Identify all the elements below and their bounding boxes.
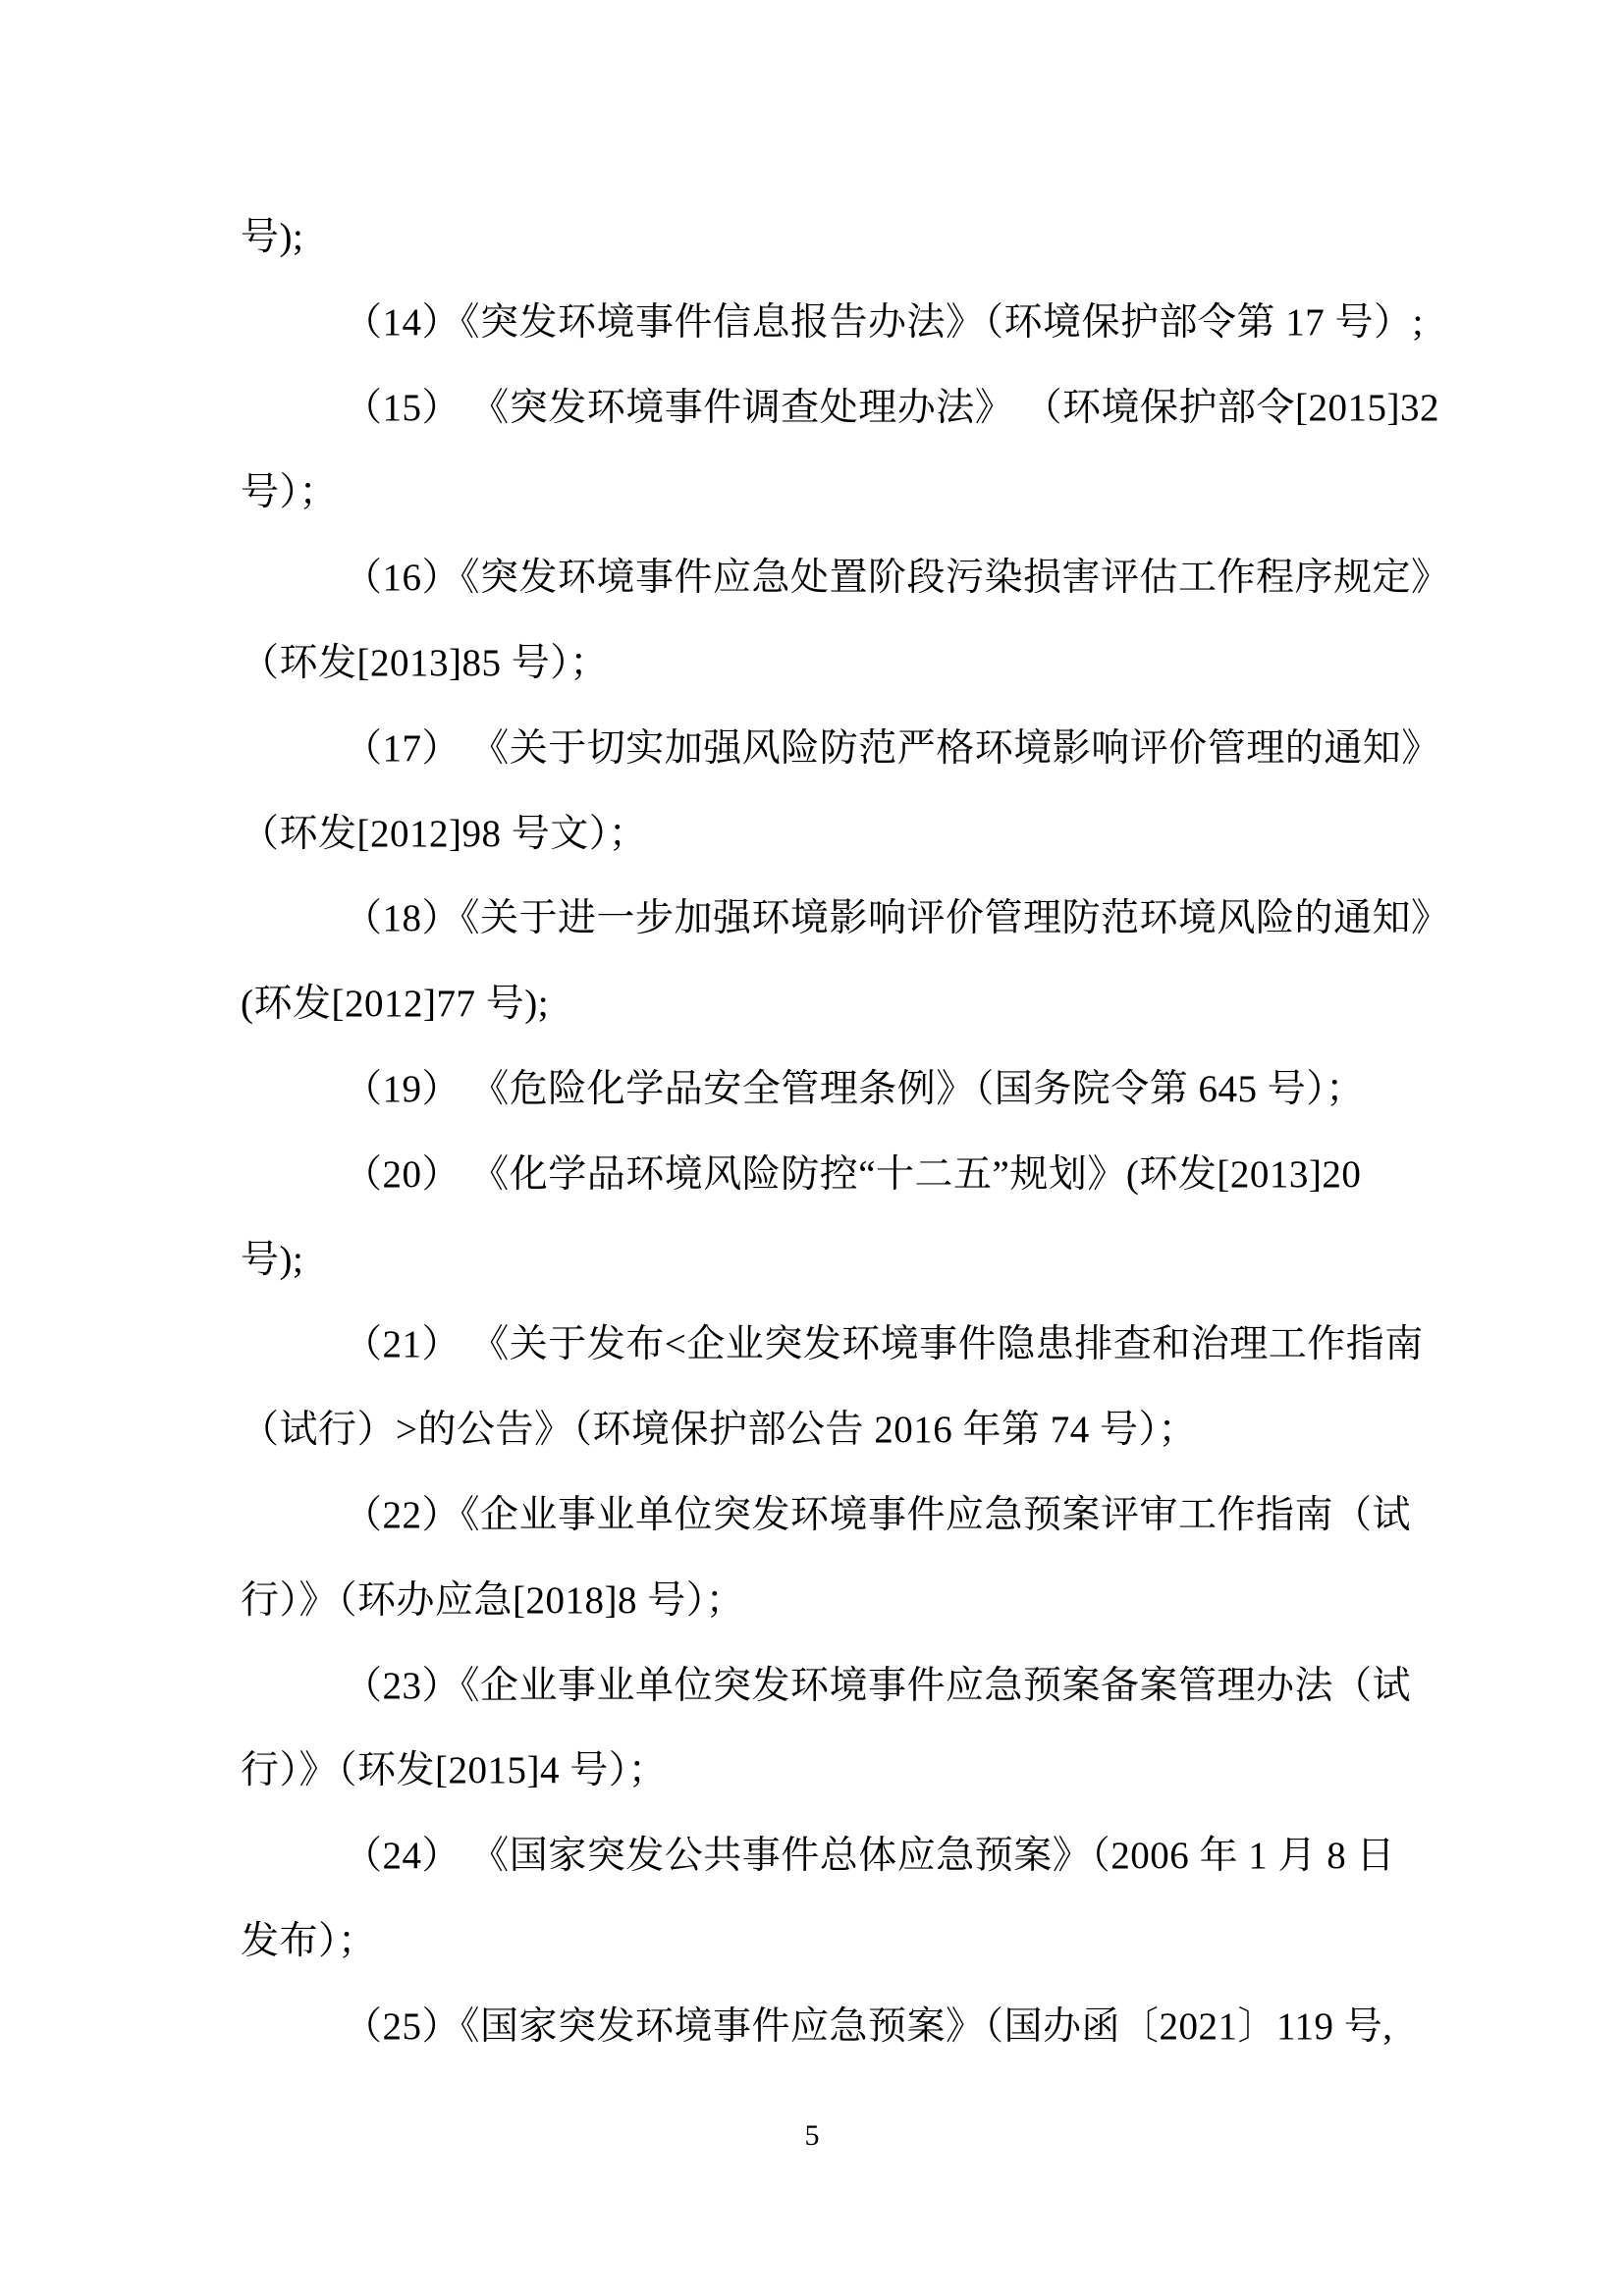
document-line: （16）《突发环境事件应急处置阶段污染损害评估工作程序规定》: [241, 536, 1384, 621]
page-number-label: 5: [0, 2118, 1624, 2154]
document-line: 号）；: [241, 451, 1384, 536]
document-line: （21） 《关于发布<企业突发环境事件隐患排查和治理工作指南: [241, 1303, 1384, 1388]
document-line: 行）》（环办应急[2018]8 号）；: [241, 1559, 1384, 1644]
document-line: （试行）>的公告》（环境保护部公告 2016 年第 74 号）；: [241, 1388, 1384, 1473]
document-line: 行）》（环发[2015]4 号）；: [241, 1729, 1384, 1814]
document-line: （22）《企业事业单位突发环境事件应急预案评审工作指南（试: [241, 1473, 1384, 1559]
document-line: 号);: [241, 195, 1384, 281]
document-line: （15） 《突发环境事件调查处理办法》 （环境保护部令[2015]32: [241, 366, 1384, 452]
document-line: (环发[2012]77 号);: [241, 962, 1384, 1047]
document-line: 发布）；: [241, 1899, 1384, 1985]
document-line: （23）《企业事业单位突发环境事件应急预案备案管理办法（试: [241, 1644, 1384, 1730]
document-line: （环发[2013]85 号）；: [241, 621, 1384, 707]
document-line: （18）《关于进一步加强环境影响评价管理防范环境风险的通知》: [241, 877, 1384, 962]
document-line: 号);: [241, 1218, 1384, 1304]
document-line: （环发[2012]98 号文）；: [241, 792, 1384, 878]
document-line: （20） 《化学品环境风险防控“十二五”规划》(环发[2013]20: [241, 1133, 1384, 1218]
document-line: （17） 《关于切实加强风险防范严格环境影响评价管理的通知》: [241, 707, 1384, 792]
document-line: （24） 《国家突发公共事件总体应急预案》（2006 年 1 月 8 日: [241, 1814, 1384, 1899]
document-body-text: 号);（14）《突发环境事件信息报告办法》（环境保护部令第 17 号）;（15）…: [241, 195, 1384, 2070]
document-line: （14）《突发环境事件信息报告办法》（环境保护部令第 17 号）;: [241, 281, 1384, 366]
document-line: （25）《国家突发环境事件应急预案》（国办函〔2021〕119 号,: [241, 1985, 1384, 2070]
document-page: 号);（14）《突发环境事件信息报告办法》（环境保护部令第 17 号）;（15）…: [0, 0, 1624, 2296]
document-line: （19） 《危险化学品安全管理条例》（国务院令第 645 号）；: [241, 1047, 1384, 1133]
